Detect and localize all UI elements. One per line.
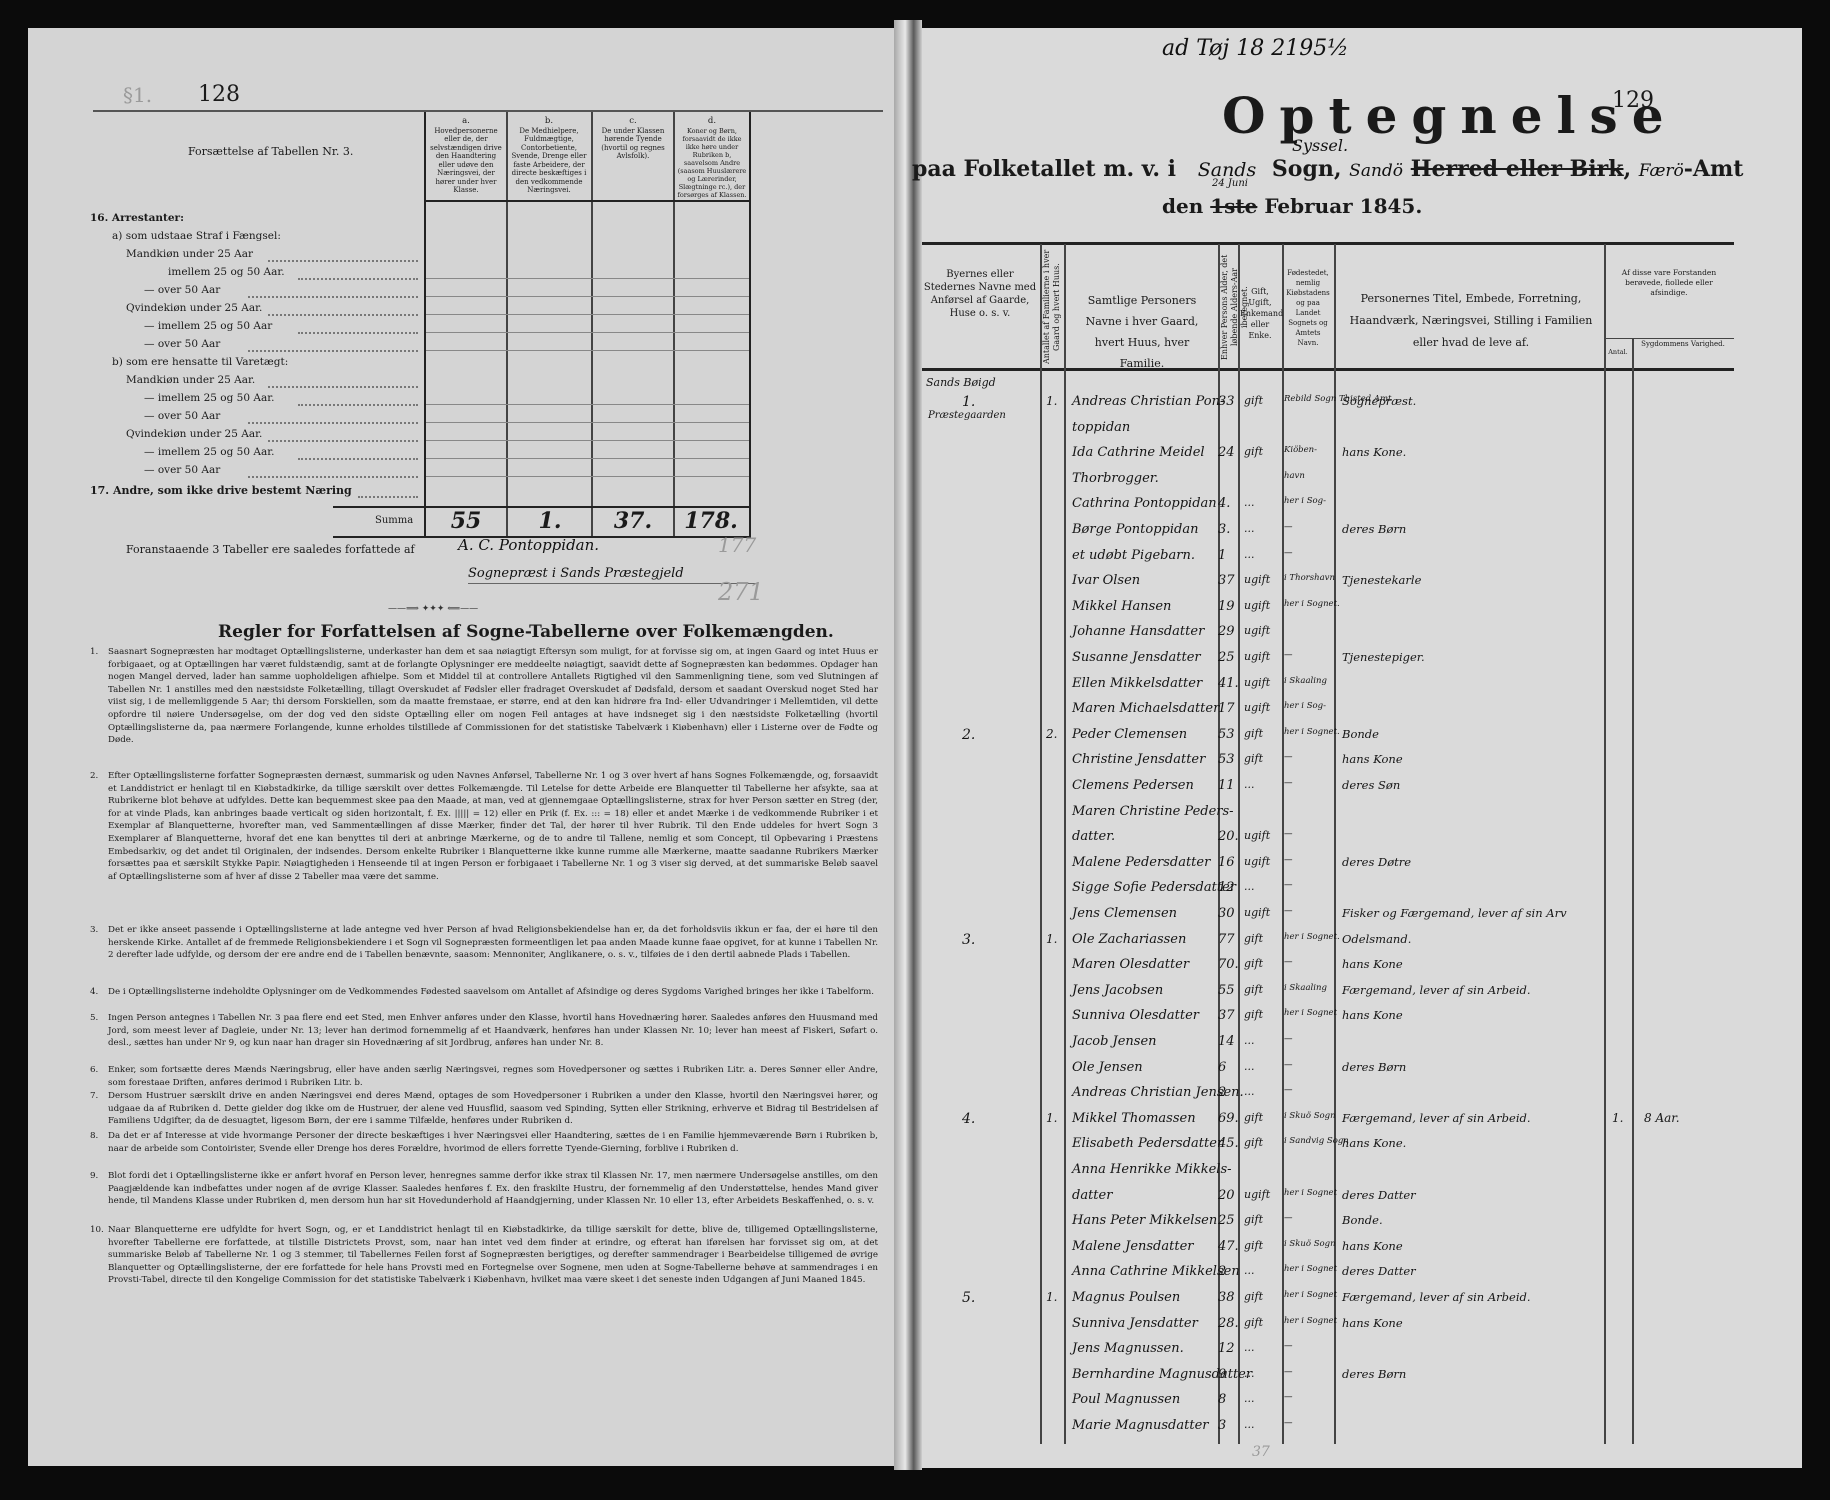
summa-value-d: 178. — [674, 508, 748, 534]
person-age: 3 — [1218, 1418, 1226, 1433]
struck-herred-label: Herred eller Birk — [1411, 156, 1624, 182]
marital-status: ... — [1244, 880, 1255, 893]
rule-item-4: 4.De i Optællingslisterne indeholdte Opl… — [108, 986, 878, 999]
section-16b-label: b) som ere hensatte til Varetægt: — [112, 356, 288, 368]
person-age: 53 — [1218, 752, 1235, 767]
rules-title: Regler for Forfattelsen af Sogne-Tabelle… — [218, 622, 834, 642]
leader-dots — [268, 440, 418, 442]
birthplace: i Skuö Sogn — [1284, 1111, 1336, 1121]
grid-line — [426, 476, 749, 477]
marital-status: gift — [1244, 1136, 1263, 1149]
rule-text: Naar Blanquetterne ere udfyldte for hver… — [108, 1225, 878, 1285]
person-name: toppidan — [1072, 420, 1130, 435]
person-name: Sunniva Olesdatter — [1072, 1008, 1199, 1023]
birthplace: — — [1284, 1060, 1293, 1070]
insane-count: 1. — [1612, 1111, 1623, 1125]
rule-item-9: 9.Blot fordi det i Optællingslisterne ik… — [108, 1170, 878, 1208]
person-age: 28. — [1218, 1316, 1239, 1331]
summa-value-b: 1. — [510, 508, 590, 534]
marital-status: gift — [1244, 983, 1263, 996]
marital-status: ... — [1244, 522, 1255, 535]
struck-day: 1ste — [1210, 194, 1257, 218]
person-name: datter. — [1072, 829, 1115, 844]
occupation: Fisker og Færgemand, lever af sin Arv — [1342, 906, 1567, 920]
marital-status: ... — [1244, 778, 1255, 791]
family-number: 1. — [1046, 1111, 1057, 1125]
header-birthplace: Fødestedet, nemlig Kiøbstadens og paa La… — [1284, 268, 1332, 348]
person-age: 47. — [1218, 1239, 1239, 1254]
birthplace: i Skuö Sogn — [1284, 1239, 1336, 1249]
person-age: 69. — [1218, 1111, 1239, 1126]
birthplace: i Thorshavn — [1284, 573, 1335, 583]
person-name: datter — [1072, 1188, 1112, 1203]
person-age: 8 — [1218, 1392, 1226, 1407]
birthplace: — — [1284, 1085, 1293, 1095]
person-name: et udøbt Pigebarn. — [1072, 548, 1195, 563]
col-a-text: Hovedpersonerne eller de, der selvstændi… — [427, 127, 505, 195]
person-name: Ida Cathrine Meidel — [1072, 445, 1205, 460]
person-name: Johanne Hansdatter — [1072, 624, 1204, 639]
marital-status: ... — [1244, 548, 1255, 561]
col-divider-ab — [506, 112, 508, 537]
birthplace: — — [1284, 829, 1293, 839]
leader-dots — [268, 260, 418, 262]
grid-line — [426, 350, 749, 351]
marital-status: ugift — [1244, 906, 1270, 919]
table-header-rule — [922, 368, 1734, 371]
birthplace: her i Sog- — [1284, 496, 1326, 506]
family-number: 2. — [1046, 727, 1057, 741]
signature-name: A. C. Pontoppidan. — [458, 536, 599, 554]
col-d-letter: d. — [676, 116, 748, 127]
rule-num: 2. — [90, 770, 98, 783]
marital-status: ... — [1244, 1264, 1255, 1277]
marital-status: ugift — [1244, 701, 1270, 714]
occupation: Odelsmand. — [1342, 932, 1411, 946]
person-name: Maren Christine Peders- — [1072, 804, 1234, 819]
person-age: 2 — [1218, 1264, 1226, 1279]
person-name: Peder Clemensen — [1072, 727, 1187, 742]
row-16b-5: — imellem 25 og 50 Aar. — [144, 446, 274, 458]
person-name: Maren Michaelsdatter — [1072, 701, 1219, 716]
col-line — [1604, 244, 1606, 1444]
person-name: Ole Zachariassen — [1072, 932, 1186, 947]
marital-status: gift — [1244, 727, 1263, 740]
grid-line — [426, 440, 749, 441]
rule-text: Saasnart Sognepræsten har modtaget Optæl… — [108, 647, 878, 745]
person-name: Mikkel Hansen — [1072, 599, 1171, 614]
rule-item-1: 1.Saasnart Sognepræsten har modtaget Opt… — [108, 646, 878, 747]
farm-number: 5. — [962, 1290, 975, 1306]
family-number: 1. — [1046, 1290, 1057, 1304]
person-age: 4. — [1218, 496, 1230, 511]
marital-status: ... — [1244, 1341, 1255, 1354]
date-correction-hand: 24 Juni — [1212, 178, 1248, 189]
rule-text: Da det er af Interesse at vide hvormange… — [108, 1131, 878, 1154]
page-total-pencil: 37 — [1252, 1444, 1270, 1460]
person-name: Ole Jensen — [1072, 1060, 1143, 1075]
leader-dots — [298, 404, 418, 406]
person-name: Hans Peter Mikkelsen — [1072, 1213, 1217, 1228]
person-name: Clemens Pedersen — [1072, 778, 1194, 793]
marital-status: gift — [1244, 1239, 1263, 1252]
marital-status: gift — [1244, 445, 1263, 458]
header-duration: Sygdommens Varighed. — [1634, 340, 1732, 349]
district-name-hand: Sandö — [1349, 161, 1403, 181]
birthplace: her i Sognet — [1284, 1290, 1337, 1300]
header-families: Antallet af Familierne i hver Gaard og h… — [1042, 248, 1062, 366]
col-header-b: b. De Medhielpere, Fuldmægtige, Contorbe… — [509, 116, 589, 195]
leader-dots — [268, 386, 418, 388]
row-16a-5: — imellem 25 og 50 Aar — [144, 320, 272, 332]
leader-dots — [298, 458, 418, 460]
birthplace: — — [1284, 1392, 1293, 1402]
person-name: Sunniva Jensdatter — [1072, 1316, 1198, 1331]
occupation: hans Kone. — [1342, 445, 1406, 459]
person-age: 37 — [1218, 573, 1235, 588]
person-name: Børge Pontoppidan — [1072, 522, 1198, 537]
marital-status: gift — [1244, 1213, 1263, 1226]
col-line — [1632, 338, 1634, 1444]
occupation: Færgemand, lever af sin Arbeid. — [1342, 983, 1531, 997]
birthplace: her i Sognet — [1284, 1188, 1337, 1198]
birthplace: — — [1284, 1367, 1293, 1377]
birthplace: — — [1284, 752, 1293, 762]
sysel-hand-note: Syssel. — [1292, 136, 1348, 155]
person-age: 17 — [1218, 701, 1235, 716]
rule-num: 7. — [90, 1090, 98, 1103]
col-a-letter: a. — [427, 116, 505, 127]
header-status: Gift, Ugift, Enkemand eller Enke. — [1240, 286, 1280, 341]
person-name: Poul Magnussen — [1072, 1392, 1180, 1407]
header-rule — [93, 110, 883, 112]
header-occupation: Personernes Titel, Embede, Forretning, H… — [1342, 288, 1600, 354]
birthplace: i Skaaling — [1284, 983, 1327, 993]
grid-line — [426, 458, 749, 459]
birthplace: — — [1284, 1341, 1293, 1351]
person-age: 3. — [1218, 522, 1230, 537]
person-name: Maren Olesdatter — [1072, 957, 1189, 972]
occupation: hans Kone — [1342, 1316, 1403, 1330]
person-age: 45. — [1218, 1136, 1239, 1151]
occupation: hans Kone. — [1342, 1136, 1406, 1150]
farm-1-subtitle: Præstegaarden — [928, 410, 1006, 421]
rule-item-5: 5.Ingen Person antegnes i Tabellen Nr. 3… — [108, 1012, 878, 1050]
table-border-left — [424, 112, 426, 537]
row-16a-3: — over 50 Aar — [144, 284, 220, 296]
rule-text: Det er ikke anseet passende i Optællings… — [108, 925, 878, 960]
col-header-a: a. Hovedpersonerne eller de, der selvstæ… — [427, 116, 505, 195]
person-age: 20. — [1218, 829, 1239, 844]
person-age: 55 — [1218, 983, 1235, 998]
row-16b-3: — over 50 Aar — [144, 410, 220, 422]
grid-line — [426, 296, 749, 297]
header-names: Samtlige Personers Navne i hver Gaard, h… — [1072, 290, 1212, 374]
grid-line — [426, 314, 749, 315]
marital-status: gift — [1244, 1316, 1263, 1329]
leader-dots — [248, 296, 418, 298]
marital-status: gift — [1244, 394, 1263, 407]
row-16b-4: Qvindekiøn under 25 Aar. — [126, 428, 262, 440]
header-farm: Byernes eller Stedernes Navne med Anførs… — [922, 268, 1038, 320]
person-name: Mikkel Thomassen — [1072, 1111, 1196, 1126]
birthplace: her i Sognet — [1284, 1008, 1337, 1018]
marital-status: ... — [1244, 1034, 1255, 1047]
family-number: 1. — [1046, 394, 1057, 408]
occupation: hans Kone — [1342, 752, 1403, 766]
occupation: Færgemand, lever af sin Arbeid. — [1342, 1111, 1531, 1125]
grid-line — [426, 332, 749, 333]
col-divider-cd — [673, 112, 675, 537]
summa-value-a: 55 — [428, 508, 504, 534]
col-divider-bc — [591, 112, 593, 537]
leader-dots — [298, 278, 418, 280]
person-name: Malene Jensdatter — [1072, 1239, 1194, 1254]
birthplace: — — [1284, 855, 1293, 865]
page-number: 128 — [198, 82, 240, 107]
farm-number: 1. — [962, 394, 975, 410]
subtitle-line: paa Folketallet m. v. i Sands Sogn, Sand… — [912, 156, 1743, 182]
person-age: 25 — [1218, 1213, 1235, 1228]
person-name: Christine Jensdatter — [1072, 752, 1205, 767]
leader-dots — [298, 332, 418, 334]
marital-status: ugift — [1244, 624, 1270, 637]
person-age: 1 — [1218, 548, 1226, 563]
row-16a-6: — over 50 Aar — [144, 338, 220, 350]
col-line — [1064, 244, 1066, 1444]
rule-num: 9. — [90, 1170, 98, 1183]
birthplace: her i Sognet — [1284, 1264, 1337, 1274]
occupation: deres Børn — [1342, 1060, 1406, 1074]
row-16a-2: imellem 25 og 50 Aar. — [168, 266, 285, 278]
person-age: 16 — [1218, 855, 1235, 870]
birthplace: her i Sognet. — [1284, 727, 1340, 737]
birthplace: i Skaaling — [1284, 676, 1327, 686]
occupation: hans Kone — [1342, 957, 1403, 971]
person-name: Jens Clemensen — [1072, 906, 1177, 921]
col-c-letter: c. — [594, 116, 672, 127]
birthplace: havn — [1284, 471, 1305, 481]
person-age: 77 — [1218, 932, 1235, 947]
marital-status: ugift — [1244, 855, 1270, 868]
marital-status: gift — [1244, 1111, 1263, 1124]
col-header-c: c. De under Klassen hørende Tyende (hvor… — [594, 116, 672, 161]
marital-status: ugift — [1244, 829, 1270, 842]
leader-dots — [268, 314, 418, 316]
occupation: Tjenestekarle — [1342, 573, 1421, 587]
right-page-129: ad Tøj 18 2195½ 129 Optegnelse paa Folke… — [922, 28, 1802, 1468]
person-name: Ellen Mikkelsdatter — [1072, 676, 1202, 691]
occupation: Tjenestepiger. — [1342, 650, 1425, 664]
amt-label: Amt — [1693, 156, 1744, 182]
person-age: 53 — [1218, 727, 1235, 742]
leader-dots — [248, 476, 418, 478]
person-name: Anna Cathrine Mikkelsen — [1072, 1264, 1240, 1279]
rule-num: 3. — [90, 924, 98, 937]
person-age: 20 — [1218, 1188, 1235, 1203]
person-name: Jens Magnussen. — [1072, 1341, 1184, 1356]
person-age: 11 — [1218, 778, 1235, 793]
person-age: 19 — [1218, 599, 1235, 614]
person-age: 12 — [1218, 880, 1235, 895]
page-title: Optegnelse — [1222, 86, 1678, 145]
rule-item-6: 6.Enker, som fortsætte deres Mænds Nærin… — [108, 1064, 878, 1089]
birthplace: her i Sognet — [1284, 1316, 1337, 1326]
insane-duration: 8 Aar. — [1644, 1111, 1680, 1125]
occupation: hans Kone — [1342, 1239, 1403, 1253]
rule-num: 5. — [90, 1012, 98, 1025]
marital-status: gift — [1244, 932, 1263, 945]
person-name: Elisabeth Pedersdatter — [1072, 1136, 1223, 1151]
ornament-divider: ——⟹ ✦✦✦ ⟸—— — [388, 604, 478, 614]
occupation: deres Børn — [1342, 522, 1406, 536]
header-age: Enhver Persons Alder, det løbende Alders… — [1220, 248, 1236, 366]
birthplace: Kiöben- — [1284, 445, 1317, 455]
col-line — [1040, 244, 1042, 1444]
farm-number: 4. — [962, 1111, 975, 1127]
person-name: Ivar Olsen — [1072, 573, 1140, 588]
row-16a-4: Qvindekiøn under 25 Aar. — [126, 302, 262, 314]
header-insane: Af disse vare Forstanden berøvede, fioll… — [1606, 268, 1732, 298]
sogn-label: Sogn, — [1272, 156, 1342, 182]
col-c-text: De under Klassen hørende Tyende (hvortil… — [594, 127, 672, 161]
rule-item-2: 2.Efter Optællingslisterne forfatter Sog… — [108, 770, 878, 883]
date-prefix: den — [1162, 194, 1203, 218]
rule-num: 6. — [90, 1064, 98, 1077]
row-16b-1: Mandkiøn under 25 Aar. — [126, 374, 255, 386]
col-d-text: Koner og Børn, forsaavidt de ikke ikke h… — [676, 127, 748, 199]
person-age: 14 — [1218, 1034, 1235, 1049]
person-name: Anna Henrikke Mikkels- — [1072, 1162, 1232, 1177]
person-name: Cathrina Pontoppidan — [1072, 496, 1217, 511]
summa-label: Summa — [375, 515, 413, 526]
book-gutter — [894, 20, 922, 1470]
col-b-letter: b. — [509, 116, 589, 127]
birthplace: — — [1284, 650, 1293, 660]
occupation: deres Datter — [1342, 1264, 1416, 1278]
marital-status: ugift — [1244, 599, 1270, 612]
place-heading: Sands Bøigd — [926, 376, 996, 389]
occupation: hans Kone — [1342, 1008, 1403, 1022]
marital-status: gift — [1244, 957, 1263, 970]
faint-corner-mark: §1. — [123, 83, 152, 107]
birthplace: — — [1284, 1213, 1293, 1223]
farm-number: 2. — [962, 727, 975, 743]
rule-item-3: 3.Det er ikke anseet passende i Optællin… — [108, 924, 878, 962]
signature-title: Sognepræst i Sands Præstegjeld — [468, 566, 684, 581]
leader-dots — [358, 496, 418, 498]
section-16a-label: a) som udstaae Straf i Fængsel: — [112, 230, 281, 242]
birthplace: — — [1284, 548, 1293, 558]
rule-item-10: 10.Naar Blanquetterne ere udfyldte for h… — [108, 1224, 878, 1287]
marital-status: ugift — [1244, 1188, 1270, 1201]
person-age: 12 — [1218, 1341, 1235, 1356]
date-rest: Februar 1845. — [1264, 194, 1422, 218]
person-age: 9 — [1218, 1367, 1226, 1382]
person-name: Andreas Christian Pon- — [1072, 394, 1224, 409]
marital-status: gift — [1244, 752, 1263, 765]
section-16-title: 16. Arrestanter: — [90, 212, 184, 224]
person-age: 70. — [1218, 957, 1239, 972]
grid-line — [426, 422, 749, 423]
col-b-text: De Medhielpere, Fuldmægtige, Contorbetie… — [509, 127, 589, 195]
occupation: Færgemand, lever af sin Arbeid. — [1342, 1290, 1531, 1304]
birthplace: i Sandvig Sogn — [1284, 1136, 1349, 1146]
occupation: deres Søn — [1342, 778, 1400, 792]
birthplace: — — [1284, 1418, 1293, 1428]
rule-text: Blot fordi det i Optællingslisterne ikke… — [108, 1171, 878, 1206]
person-age: 33 — [1218, 394, 1235, 409]
person-name: Jacob Jensen — [1072, 1034, 1157, 1049]
pencil-note-177: 177 — [718, 533, 756, 557]
leader-dots — [248, 350, 418, 352]
occupation: deres Døtre — [1342, 855, 1411, 869]
rule-text: De i Optællingslisterne indeholdte Oplys… — [108, 987, 874, 997]
occupation: deres Datter — [1342, 1188, 1416, 1202]
person-name: Thorbrogger. — [1072, 471, 1159, 486]
marital-status: ... — [1244, 1392, 1255, 1405]
subtitle-prefix: paa Folketallet m. v. i — [912, 156, 1176, 182]
date-line: den 1ste Februar 1845. — [1162, 194, 1422, 218]
subheader-line — [1604, 338, 1734, 339]
birthplace: her i Sog- — [1284, 701, 1326, 711]
authored-by-label: Foranstaaende 3 Tabeller ere saaledes fo… — [126, 543, 415, 556]
section-17-label: 17. Andre, som ikke drive bestemt Næring — [90, 484, 352, 497]
marital-status: ugift — [1244, 650, 1270, 663]
pencil-note-271: 271 — [718, 578, 764, 606]
header-count: Antal. — [1604, 346, 1632, 359]
grid-line — [426, 278, 749, 279]
marital-status: ... — [1244, 1367, 1255, 1380]
person-age: 24 — [1218, 445, 1235, 460]
row-16b-6: — over 50 Aar — [144, 464, 220, 476]
rule-num: 1. — [90, 646, 98, 659]
signature-underline — [468, 583, 758, 584]
marital-status: ugift — [1244, 676, 1270, 689]
marital-status: ... — [1244, 1418, 1255, 1431]
person-age: 2 — [1218, 1085, 1226, 1100]
rule-text: Ingen Person antegnes i Tabellen Nr. 3 p… — [108, 1013, 878, 1048]
person-age: 38 — [1218, 1290, 1235, 1305]
birthplace: — — [1284, 957, 1293, 967]
birthplace: — — [1284, 906, 1293, 916]
person-age: 41. — [1218, 676, 1239, 691]
birthplace: — — [1284, 880, 1293, 890]
amt-name-hand: Færö — [1639, 161, 1684, 181]
person-age: 25 — [1218, 650, 1235, 665]
table-border-right — [749, 112, 751, 537]
row-16a-1: Mandkiøn under 25 Aar — [126, 248, 253, 260]
family-number: 1. — [1046, 932, 1057, 946]
occupation: Sognepræst. — [1342, 394, 1416, 408]
row-16b-2: — imellem 25 og 50 Aar. — [144, 392, 274, 404]
person-name: Susanne Jensdatter — [1072, 650, 1201, 665]
person-name: Sigge Sofie Pedersdatter — [1072, 880, 1236, 895]
marital-status: ... — [1244, 1060, 1255, 1073]
person-name: Magnus Poulsen — [1072, 1290, 1180, 1305]
person-age: 29 — [1218, 624, 1235, 639]
person-age: 30 — [1218, 906, 1235, 921]
grid-line — [426, 404, 749, 405]
left-page-128: §1. 128 Forsættelse af Tabellen Nr. 3. a… — [28, 28, 896, 1466]
birthplace: her i Sognet. — [1284, 932, 1340, 942]
marital-status: ... — [1244, 1085, 1255, 1098]
occupation: Bonde — [1342, 727, 1379, 741]
header-bottom-rule — [424, 200, 751, 202]
rule-num: 8. — [90, 1130, 98, 1143]
archive-note: ad Tøj 18 2195½ — [1162, 36, 1349, 61]
occupation: Bonde. — [1342, 1213, 1383, 1227]
